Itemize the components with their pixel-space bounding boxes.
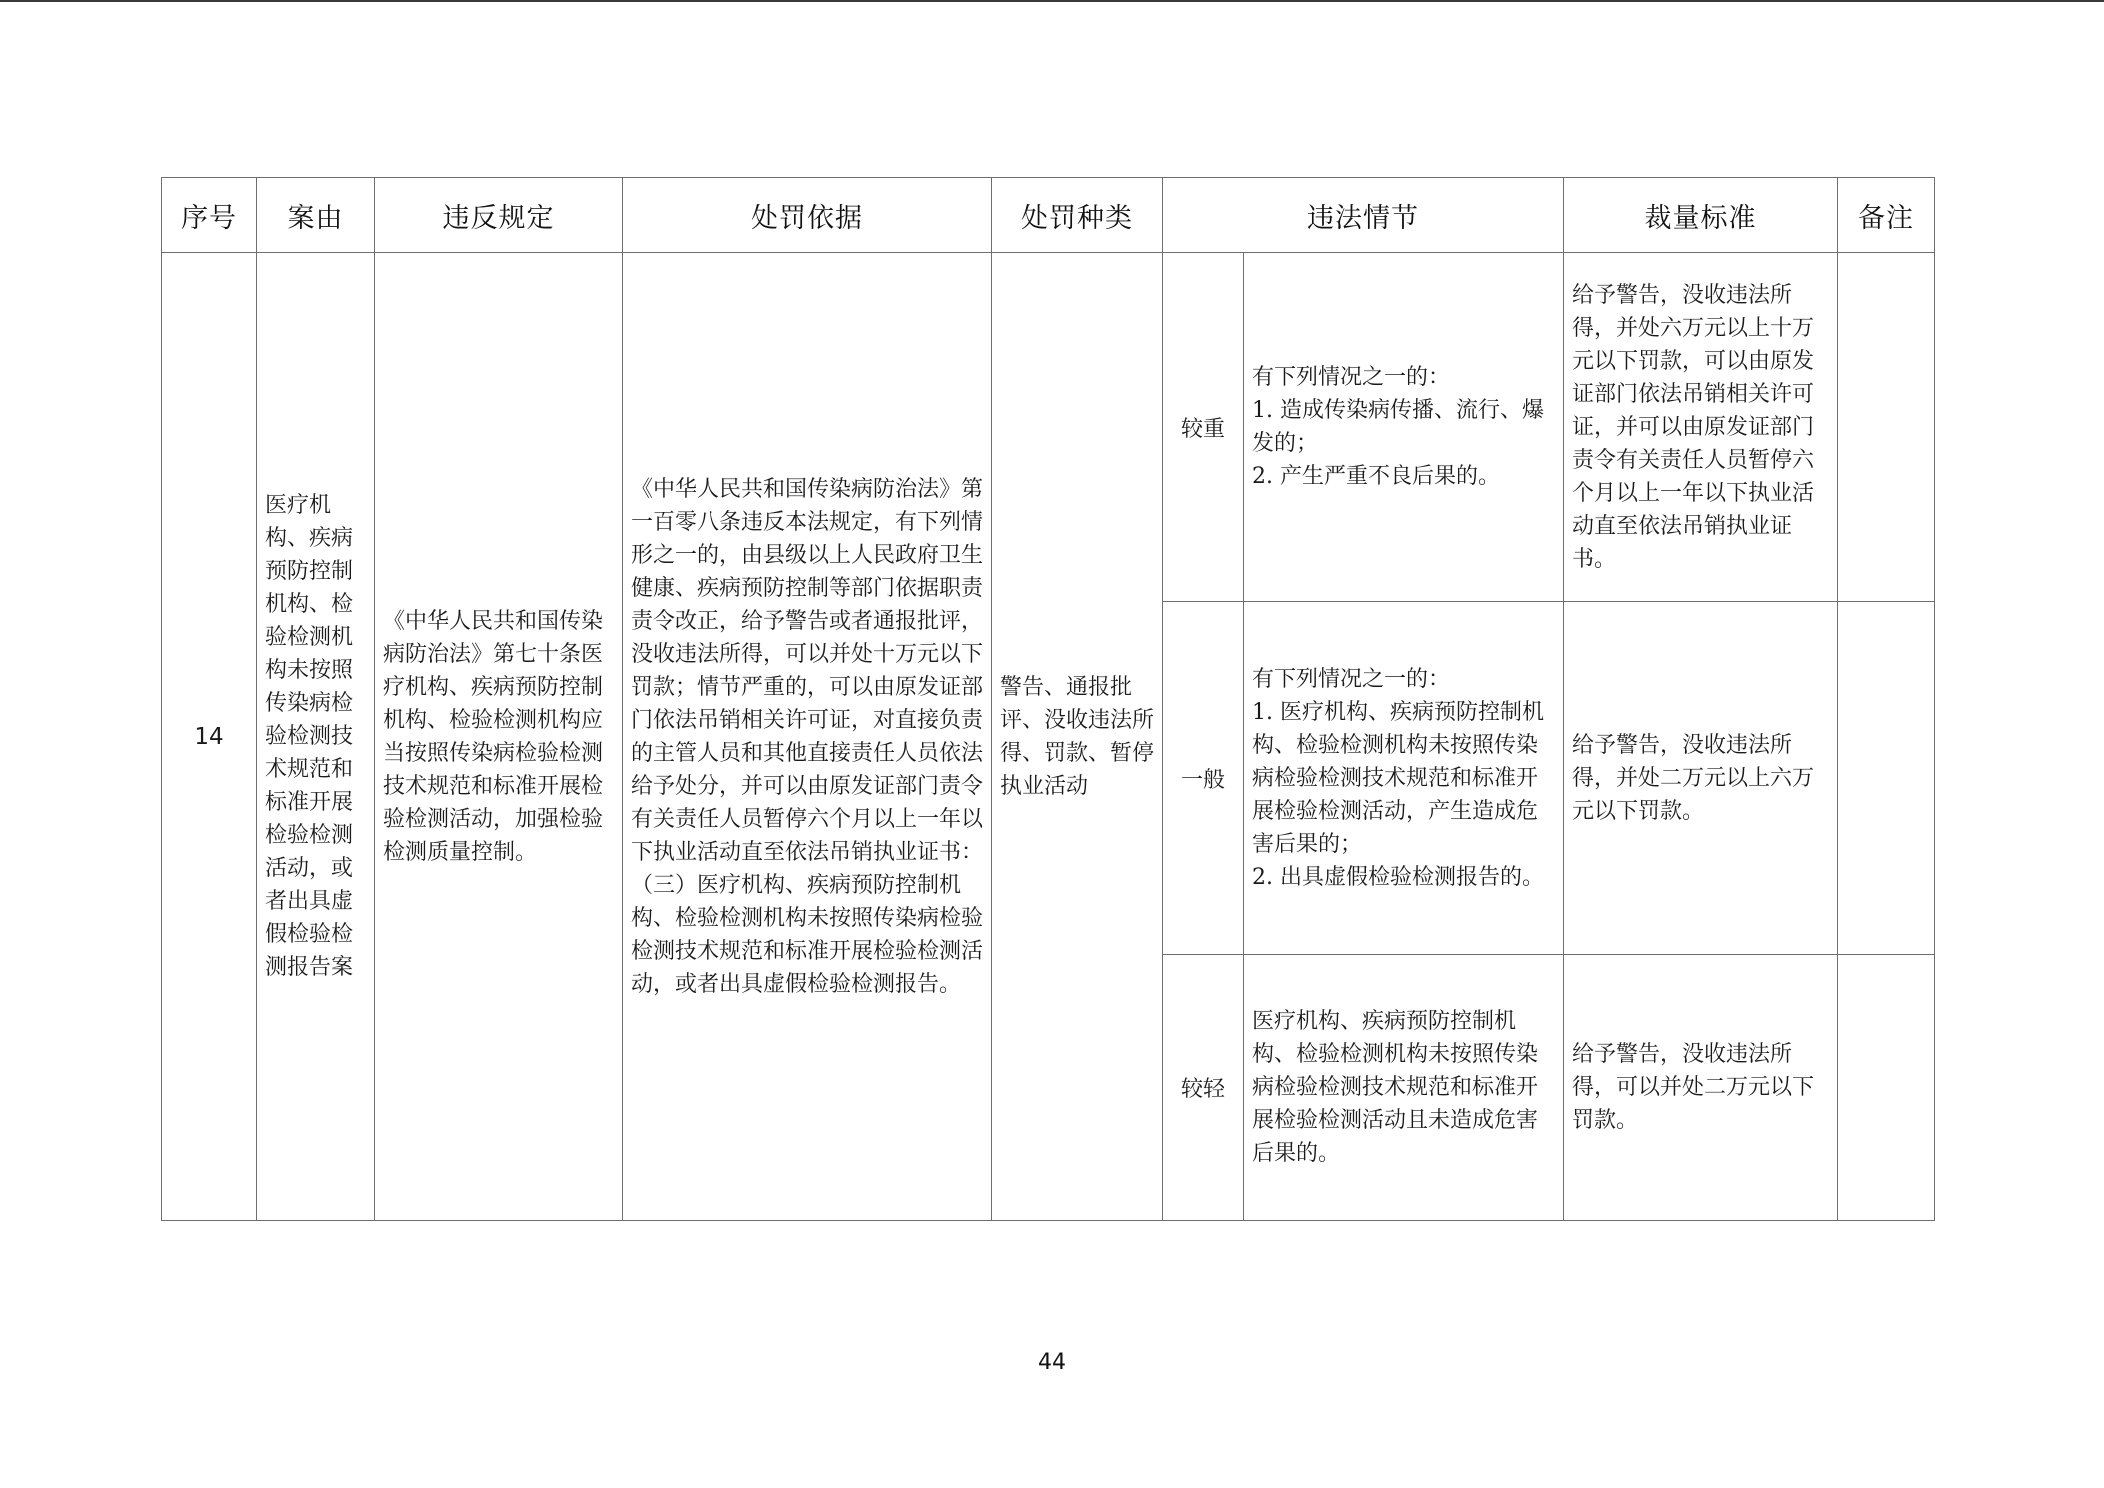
standard-severe-text: 给予警告，没收违法所得，并处六万元以上十万元以下罚款，可以由原发证部门依法吊销相…: [1564, 279, 1837, 576]
circumstance-general-text: 有下列情况之一的： 1. 医疗机构、疾病预防控制机构、检验检测机构未按照传染病检…: [1244, 663, 1563, 894]
header-seq: 序号: [162, 178, 257, 253]
cell-remarks-severe: [1838, 253, 1935, 602]
cell-circumstance-minor: 医疗机构、疾病预防控制机构、检验检测机构未按照传染病检验检测技术规范和标准开展检…: [1244, 955, 1564, 1221]
table-row-severe: 14 医疗机构、疾病预防控制机构、检验检测机构未按照传染病检验检测技术规范和标准…: [162, 253, 1935, 602]
cell-penalty-basis: 《中华人民共和国传染病防治法》第一百零八条违反本法规定，有下列情形之一的，由县级…: [623, 253, 992, 1221]
cell-standard-severe: 给予警告，没收违法所得，并处六万元以上十万元以下罚款，可以由原发证部门依法吊销相…: [1564, 253, 1838, 602]
cell-remarks-general: [1838, 602, 1935, 955]
header-penalty-type: 处罚种类: [992, 178, 1163, 253]
penalty-type-text: 警告、通报批评、没收违法所得、罚款、暂停执业活动: [992, 671, 1162, 803]
cell-standard-general: 给予警告，没收违法所得，并处二万元以上六万元以下罚款。: [1564, 602, 1838, 955]
header-remarks: 备注: [1838, 178, 1935, 253]
header-violated-provision: 违反规定: [375, 178, 623, 253]
header-discretion-standard: 裁量标准: [1564, 178, 1838, 253]
circumstance-severe-text: 有下列情况之一的： 1. 造成传染病传播、流行、爆发的； 2. 产生严重不良后果…: [1244, 361, 1563, 493]
cell-circumstance-severe: 有下列情况之一的： 1. 造成传染病传播、流行、爆发的； 2. 产生严重不良后果…: [1244, 253, 1564, 602]
header-penalty-basis: 处罚依据: [623, 178, 992, 253]
cell-remarks-minor: [1838, 955, 1935, 1221]
penalty-discretion-table: 序号 案由 违反规定 处罚依据 处罚种类 违法情节 裁量标准 备注 14 医疗机…: [161, 177, 1935, 1221]
table-header-row: 序号 案由 违反规定 处罚依据 处罚种类 违法情节 裁量标准 备注: [162, 178, 1935, 253]
page-number: 44: [0, 1350, 2104, 1375]
cell-seq: 14: [162, 253, 257, 1221]
cell-penalty-type: 警告、通报批评、没收违法所得、罚款、暂停执业活动: [992, 253, 1163, 1221]
cell-level-general: 一般: [1163, 602, 1244, 955]
standard-general-text: 给予警告，没收违法所得，并处二万元以上六万元以下罚款。: [1564, 729, 1837, 828]
violated-provision-text: 《中华人民共和国传染病防治法》第七十条医疗机构、疾病预防控制机构、检验检测机构应…: [375, 605, 622, 869]
document-page: 序号 案由 违反规定 处罚依据 处罚种类 违法情节 裁量标准 备注 14 医疗机…: [0, 0, 2104, 1488]
header-case: 案由: [257, 178, 375, 253]
circumstance-minor-text: 医疗机构、疾病预防控制机构、检验检测机构未按照传染病检验检测技术规范和标准开展检…: [1244, 1005, 1563, 1170]
cell-violated-provision: 《中华人民共和国传染病防治法》第七十条医疗机构、疾病预防控制机构、检验检测机构应…: [375, 253, 623, 1221]
penalty-basis-text: 《中华人民共和国传染病防治法》第一百零八条违反本法规定，有下列情形之一的，由县级…: [623, 473, 991, 1001]
cell-case: 医疗机构、疾病预防控制机构、检验检测机构未按照传染病检验检测技术规范和标准开展检…: [257, 253, 375, 1221]
cell-level-minor: 较轻: [1163, 955, 1244, 1221]
header-circumstances: 违法情节: [1163, 178, 1564, 253]
case-text: 医疗机构、疾病预防控制机构、检验检测机构未按照传染病检验检测技术规范和标准开展检…: [257, 489, 374, 984]
standard-minor-text: 给予警告，没收违法所得，可以并处二万元以下罚款。: [1564, 1038, 1837, 1137]
cell-level-severe: 较重: [1163, 253, 1244, 602]
cell-standard-minor: 给予警告，没收违法所得，可以并处二万元以下罚款。: [1564, 955, 1838, 1221]
cell-circumstance-general: 有下列情况之一的： 1. 医疗机构、疾病预防控制机构、检验检测机构未按照传染病检…: [1244, 602, 1564, 955]
